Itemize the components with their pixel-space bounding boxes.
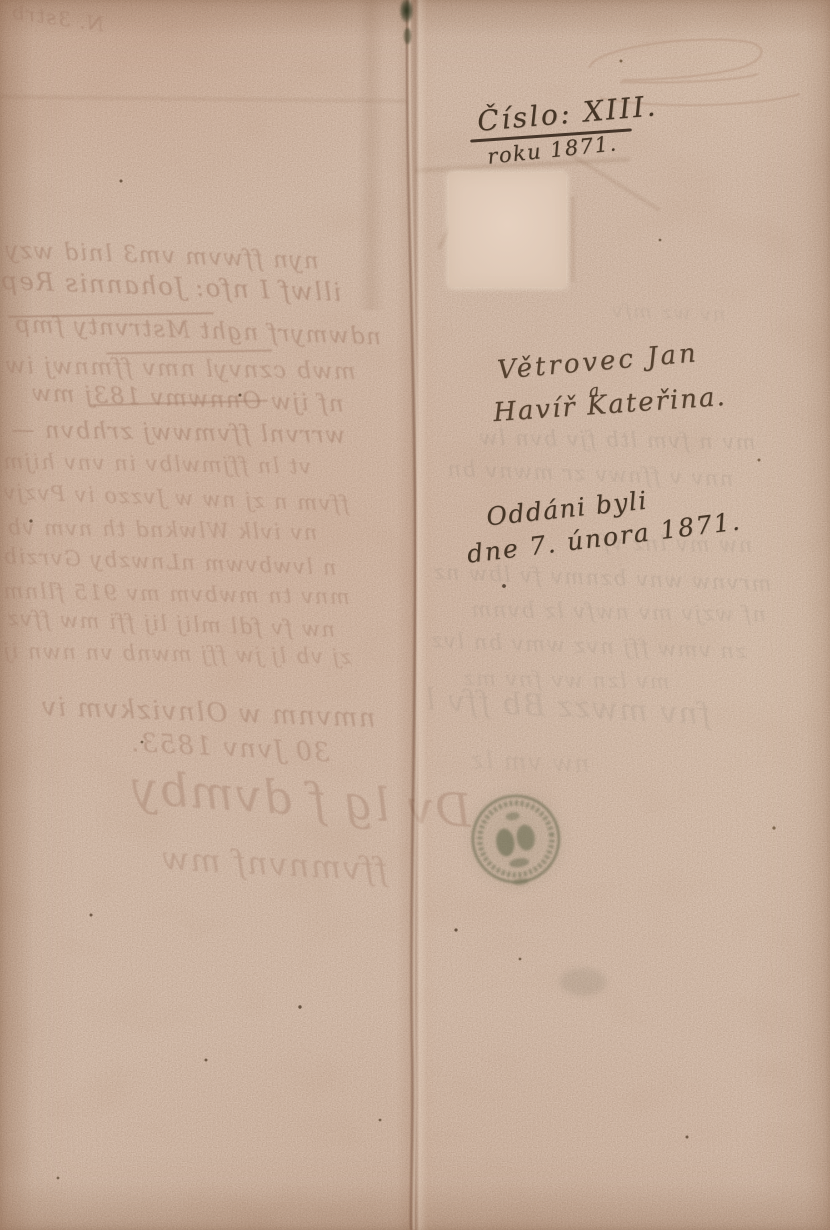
ink-seal-stamp [462,786,570,894]
flourish-mark [0,0,830,1230]
paper-specks [0,0,2,2]
document-scan-page: N. 3strbnyn ffwvm vm3 lnid wzyillwf I nf… [0,0,830,1230]
gray-smudge [560,968,606,996]
